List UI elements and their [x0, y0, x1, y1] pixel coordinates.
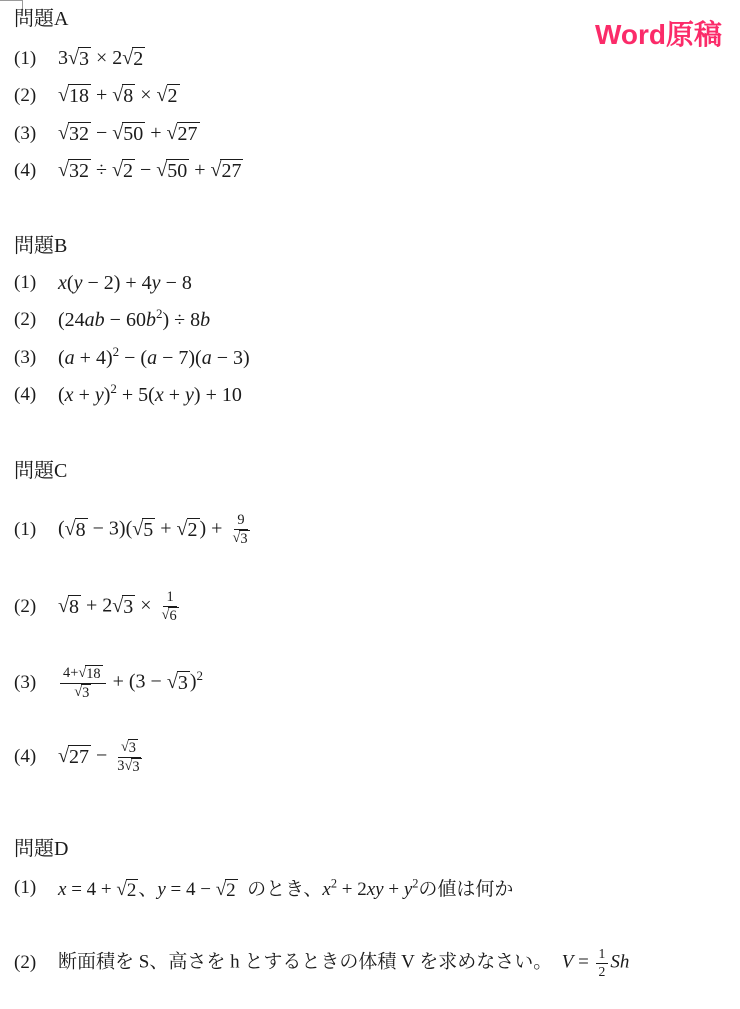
item-number: (1): [14, 48, 58, 70]
item-number: (4): [14, 160, 58, 182]
problem-row-c3: (3) 4+√18√3 + (3 − √3)2: [14, 655, 740, 711]
math-expression: (a + 4)2 − (a − 7)(a − 3): [58, 347, 250, 370]
problem-row-b4: (4) (x + y)2 + 5(x + y) + 10: [14, 380, 740, 410]
math-expression: (x + y)2 + 5(x + y) + 10: [58, 384, 242, 407]
item-number: (3): [14, 123, 58, 145]
problem-row-c1: (1) (√8 − 3)(√5 + √2) + 9√3: [14, 502, 740, 558]
item-number: (2): [14, 85, 58, 107]
problem-row-d2: (2) 断面積を S、高さを h とするときの体積 V を求めなさい。 V = …: [14, 941, 740, 985]
math-expression: x(y − 2) + 4y − 8: [58, 272, 192, 295]
problem-row-a1: (1) 3√3 × 2√2: [14, 44, 740, 74]
math-expression: 4+√18√3 + (3 − √3)2: [58, 665, 203, 701]
math-expression: √18 + √8 × √2: [58, 84, 180, 108]
problem-row-a2: (2) √18 + √8 × √2: [14, 81, 740, 111]
item-number: (2): [14, 596, 58, 618]
section-title-b: 問題B: [14, 232, 67, 260]
problem-row-d1: (1) x = 4 + √2、y = 4 − √2 のとき、x2 + 2xy +…: [14, 871, 740, 905]
section-title-d: 問題D: [14, 835, 68, 863]
document-page: Word原稿 問題A (1) 3√3 × 2√2 (2) √18 + √8 × …: [0, 0, 740, 1009]
item-number: (4): [14, 746, 58, 768]
problem-row-b3: (3) (a + 4)2 − (a − 7)(a − 3): [14, 343, 740, 373]
math-expression: 断面積を S、高さを h とするときの体積 V を求めなさい。 V = 12Sh: [58, 946, 629, 980]
item-number: (3): [14, 672, 58, 694]
item-number: (1): [14, 519, 58, 541]
math-expression: √32 − √50 + √27: [58, 122, 200, 146]
problem-row-c2: (2) √8 + 2√3 × 1√6: [14, 579, 740, 635]
problem-row-a4: (4) √32 ÷ √2 − √50 + √27: [14, 156, 740, 186]
math-expression: x = 4 + √2、y = 4 − √2 のとき、x2 + 2xy + y2の…: [58, 874, 513, 902]
math-expression: √27 − √33√3: [58, 739, 147, 775]
math-expression: √8 + 2√3 × 1√6: [58, 589, 184, 625]
page-corner-mark-horizontal: [0, 0, 23, 1]
problem-row-c4: (4) √27 − √33√3: [14, 729, 740, 785]
problem-row-b1: (1) x(y − 2) + 4y − 8: [14, 268, 740, 298]
item-number: (2): [14, 309, 58, 331]
math-expression: 3√3 × 2√2: [58, 47, 145, 71]
math-expression: √32 ÷ √2 − √50 + √27: [58, 159, 243, 183]
section-title-c: 問題C: [14, 457, 67, 485]
math-expression: (√8 − 3)(√5 + √2) + 9√3: [58, 512, 255, 548]
item-number: (4): [14, 384, 58, 406]
problem-row-a3: (3) √32 − √50 + √27: [14, 119, 740, 149]
math-expression: (24ab − 60b2) ÷ 8b: [58, 309, 210, 332]
item-number: (3): [14, 347, 58, 369]
item-number: (1): [14, 877, 58, 899]
item-number: (1): [14, 272, 58, 294]
problem-row-b2: (2) (24ab − 60b2) ÷ 8b: [14, 305, 740, 335]
section-title-a: 問題A: [14, 5, 68, 33]
item-number: (2): [14, 952, 58, 974]
